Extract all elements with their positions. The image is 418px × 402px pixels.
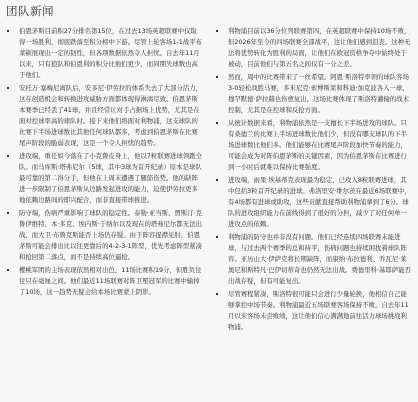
list-item: 尽管赛程紧凑，斯洛特很可能只会进行少量轮换，他相信自己能够掌控中场节奏。利物浦最… [215,289,412,333]
bullet-icon [216,179,218,181]
list-item: 进攻端，重任如今落在了小克鲁皮身上，他以7粒联赛进球领跑全队。而马库斯·塔弗尼尔… [6,151,203,206]
bullet-icon [216,76,218,78]
list-item: 伯恩茅斯目前积27分排名第15位，在过去13场英超联赛中仅取得一场胜利，彻底跌落… [6,26,203,81]
bullet-icon [7,30,9,32]
right-bullet-list: 利物浦目前以36分位列联赛第四，在英超联赛中保持10场不败，但2026年至今的四… [215,26,412,333]
list-item-text: 从统计数据来看，利物浦依然是一支擅长下半场进攻的球队。只有桑德兰的比赛上半场进球… [228,119,407,171]
bullet-icon [216,30,218,32]
bullet-icon [7,87,9,89]
list-item: 利物浦的防守也并非没有问题。他们已经连续四场联赛未能进球，与过去两个赛季的总和持… [215,232,412,287]
list-item-text: 防守端，伤病严重影响了球队的稳定性。泰勒·亚当斯、贾斯汀·克鲁伊维特、本·多克、… [19,209,202,261]
team-news-page: 团队新闻 伯恩茅斯目前积27分排名第15位，在过去13场英超联赛中仅取得一场胜利… [0,0,418,402]
bullet-icon [7,155,9,157]
list-item-text: 樱桃军团的主场表现依然相对出色，11场比赛积19分，但胜负往往只在毫厘之间。他们… [19,266,201,296]
list-item: 安托万·塞梅尼离队后，安多尼·伊劳拉的体系失去了大部分活力，这在创造机会和转换进… [6,83,203,149]
list-item-text: 利物浦目前以36分位列联赛第四，在英超联赛中保持10场不败，但2026年至今的四… [228,27,410,68]
list-item-text: 然而，周中的比赛带来了一丝希望。阿恩·斯洛特率领的球队客场3-0轻松战胜马赛，多… [228,73,409,114]
list-item: 然而，周中的比赛带来了一丝希望。阿恩·斯洛特率领的球队客场3-0轻松战胜马赛，多… [215,72,412,116]
list-item-text: 尽管赛程紧凑，斯洛特很可能只会进行少量轮换，他相信自己能够掌控中场节奏。利物浦最… [228,290,409,331]
list-item-text: 进攻端，雨果·埃基蒂克表现最为稳定，已攻入8粒联赛进球，其中包括3粒首开纪录的进… [228,176,411,228]
list-item-text: 安托万·塞梅尼离队后，安多尼·伊劳拉的体系失去了大部分活力，这在创造机会和转换进… [19,84,202,147]
list-item-text: 伯恩茅斯目前积27分排名第15位，在过去13场英超联赛中仅取得一场胜利，彻底跌落… [19,27,202,79]
bullet-icon [216,236,218,238]
news-columns: 伯恩茅斯目前积27分排名第15位，在过去13场英超联赛中仅取得一场胜利，彻底跌落… [0,22,418,335]
bullet-icon [7,212,9,214]
left-column: 伯恩茅斯目前积27分排名第15位，在过去13场英超联赛中仅取得一场胜利，彻底跌落… [0,26,209,335]
list-item: 利物浦目前以36分位列联赛第四，在英超联赛中保持10场不败，但2026年至今的四… [215,26,412,70]
bullet-icon [216,122,218,124]
right-column: 利物浦目前以36分位列联赛第四，在英超联赛中保持10场不败，但2026年至今的四… [209,26,418,335]
list-item: 樱桃军团的主场表现依然相对出色，11场比赛积19分，但胜负往往只在毫厘之间。他们… [6,265,203,298]
list-item-text: 进攻端，重任如今落在了小克鲁皮身上，他以7粒联赛进球领跑全队。而马库斯·塔弗尼尔… [19,152,202,204]
left-bullet-list: 伯恩茅斯目前积27分排名第15位，在过去13场英超联赛中仅取得一场胜利，彻底跌落… [6,26,203,298]
bullet-icon [7,269,9,271]
list-item-text: 利物浦的防守也并非没有问题。他们已经连续四场联赛未能进球，与过去两个赛季的总和持… [228,233,411,285]
header: 团队新闻 [0,0,418,22]
page-title: 团队新闻 [6,4,418,18]
list-item: 从统计数据来看，利物浦依然是一支擅长下半场进攻的球队。只有桑德兰的比赛上半场进球… [215,118,412,173]
list-item: 防守端，伤病严重影响了球队的稳定性。泰勒·亚当斯、贾斯汀·克鲁伊维特、本·多克、… [6,208,203,263]
bullet-icon [216,293,218,295]
list-item: 进攻端，雨果·埃基蒂克表现最为稳定，已攻入8粒联赛进球，其中包括3粒首开纪录的进… [215,175,412,230]
